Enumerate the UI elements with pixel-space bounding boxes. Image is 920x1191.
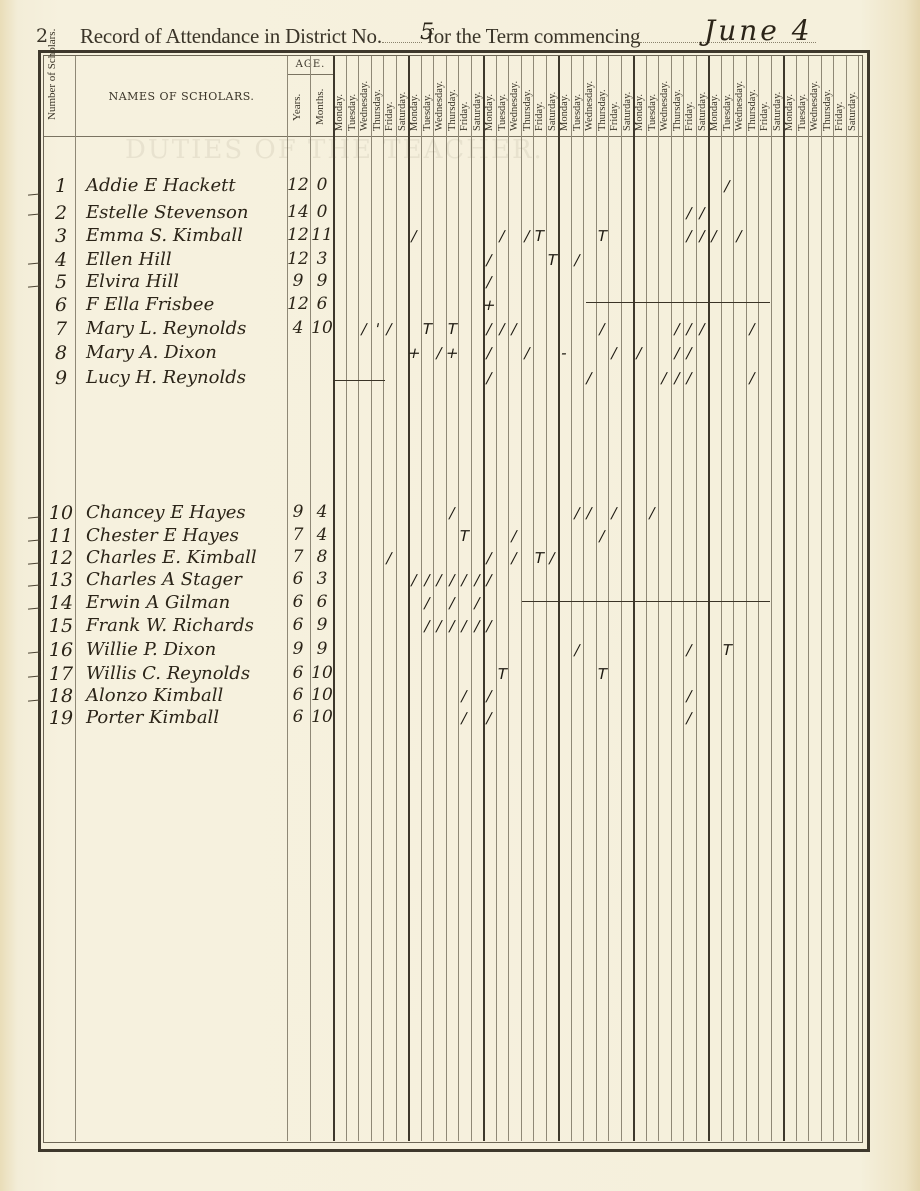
scholar-number: 12 [46, 547, 76, 569]
header-day-monday: Monday. [484, 94, 495, 131]
header-day-tuesday: Tuesday. [572, 94, 583, 131]
scholar-number: 1 [46, 175, 76, 197]
scholar-name: F Ella Frisbee [86, 294, 214, 315]
day-divider [496, 56, 497, 1141]
scholar-name: Willis C. Reynolds [86, 663, 250, 684]
day-divider [721, 56, 722, 1141]
attendance-mark: T [719, 643, 734, 658]
scholar-number: 10 [46, 502, 76, 524]
header-day-monday: Monday. [709, 94, 720, 131]
attendance-mark: / [594, 529, 609, 544]
attendance-mark: / [544, 551, 559, 566]
day-divider [571, 56, 572, 1141]
scholar-number: 3 [46, 225, 76, 247]
attendance-mark: / [744, 371, 759, 386]
age-years: 4 [286, 318, 310, 338]
age-years: 12 [286, 175, 310, 195]
attendance-mark: T [419, 322, 434, 337]
scholar-name: Chancey E Hayes [86, 502, 246, 523]
age-months: 6 [310, 294, 334, 314]
day-divider [383, 56, 384, 1141]
day-divider [646, 56, 647, 1141]
term-start-date: June 4 [704, 14, 813, 47]
attendance-mark: / [569, 643, 584, 658]
scholar-name: Erwin A Gilman [86, 592, 230, 613]
attendance-mark: + [406, 346, 421, 361]
age-years: 6 [286, 707, 310, 727]
header-day-monday: Monday. [334, 94, 345, 131]
day-divider [533, 56, 534, 1141]
age-years: 6 [286, 685, 310, 705]
title-prefix: Record of Attendance in District No. [80, 24, 382, 48]
age-months: 10 [310, 663, 334, 683]
header-day-tuesday: Tuesday. [647, 94, 658, 131]
strike-line [522, 601, 770, 602]
header-day-friday: Friday. [609, 102, 620, 131]
attendance-mark: T [594, 667, 609, 682]
header-day-tuesday: Tuesday. [347, 94, 358, 131]
age-months: 10 [310, 685, 334, 705]
age-months: 10 [310, 318, 334, 338]
attendance-mark: / [444, 506, 459, 521]
day-divider [846, 56, 847, 1141]
attendance-mark: T [544, 253, 559, 268]
scholar-number: 19 [46, 707, 76, 729]
age-months: 8 [310, 547, 334, 567]
attendance-mark: / [494, 229, 509, 244]
age-years: 12 [286, 249, 310, 269]
scholar-name: Porter Kimball [86, 707, 219, 728]
header-day-monday: Monday. [409, 94, 420, 131]
scholar-name: Emma S. Kimball [86, 225, 243, 246]
day-divider [371, 56, 372, 1141]
day-divider [821, 56, 822, 1141]
header-day-saturday: Saturday. [622, 92, 633, 131]
day-divider [508, 56, 509, 1141]
header-day-thursday: Thursday. [372, 89, 383, 131]
attendance-mark: + [444, 346, 459, 361]
header-names-of-scholars: NAMES OF SCHOLARS. [76, 90, 287, 103]
age-months: 9 [310, 639, 334, 659]
week-divider [633, 56, 635, 1141]
header-day-friday: Friday. [759, 102, 770, 131]
age-years: 9 [286, 271, 310, 291]
header-day-tuesday: Tuesday. [797, 94, 808, 131]
header-day-thursday: Thursday. [522, 89, 533, 131]
scholar-number: 6 [46, 294, 76, 316]
day-divider [396, 56, 397, 1141]
scholar-number: 13 [46, 569, 76, 591]
week-divider [558, 56, 560, 1141]
scholar-number: 9 [46, 367, 76, 389]
day-divider [346, 56, 347, 1141]
district-number: 5 [420, 20, 434, 45]
header-day-saturday: Saturday. [472, 92, 483, 131]
scholar-number: 14 [46, 592, 76, 614]
attendance-mark: T [444, 322, 459, 337]
attendance-mark: / [419, 596, 434, 611]
header-day-wednesday: Wednesday. [659, 81, 670, 131]
header-day-thursday: Thursday. [597, 89, 608, 131]
header-day-friday: Friday. [834, 102, 845, 131]
day-divider [746, 56, 747, 1141]
header-months: Months. [314, 89, 326, 125]
title-middle: for the Term commencing [427, 24, 640, 48]
header-day-saturday: Saturday. [697, 92, 708, 131]
age-years: 6 [286, 569, 310, 589]
day-divider [796, 56, 797, 1141]
attendance-mark: / [569, 253, 584, 268]
age-months: 10 [310, 707, 334, 727]
scholar-name: Ellen Hill [86, 249, 172, 270]
day-divider [733, 56, 734, 1141]
header-day-monday: Monday. [559, 94, 570, 131]
day-divider [758, 56, 759, 1141]
scholar-number: 18 [46, 685, 76, 707]
age-years: 6 [286, 615, 310, 635]
strike-line [333, 380, 385, 381]
header-day-tuesday: Tuesday. [722, 94, 733, 131]
header-day-thursday: Thursday. [822, 89, 833, 131]
scholar-name: Mary A. Dixon [86, 342, 217, 363]
header-day-wednesday: Wednesday. [434, 81, 445, 131]
day-divider [858, 56, 859, 1141]
age-months: 0 [310, 202, 334, 222]
scholar-number: 2 [46, 202, 76, 224]
header-day-saturday: Saturday. [772, 92, 783, 131]
attendance-mark: + [481, 298, 496, 313]
age-years: 9 [286, 639, 310, 659]
header-day-friday: Friday. [384, 102, 395, 131]
scholar-number: 15 [46, 615, 76, 637]
scholar-name: Alonzo Kimball [86, 685, 223, 706]
age-months: 9 [310, 271, 334, 291]
header-day-saturday: Saturday. [397, 92, 408, 131]
day-divider [671, 56, 672, 1141]
day-divider [521, 56, 522, 1141]
attendance-mark: / [519, 346, 534, 361]
day-divider [583, 56, 584, 1141]
attendance-mark: / [719, 179, 734, 194]
scholar-name: Charles E. Kimball [86, 547, 257, 568]
age-years: 7 [286, 547, 310, 567]
age-years: 12 [286, 294, 310, 314]
header-number-of-scholars: Number of Scholars. [46, 58, 58, 120]
scholar-name: Addie E Hackett [86, 175, 236, 196]
scholar-name: Willie P. Dixon [86, 639, 216, 660]
attendance-mark: T [594, 229, 609, 244]
attendance-mark: / [644, 506, 659, 521]
day-divider [658, 56, 659, 1141]
scholar-name: Mary L. Reynolds [86, 318, 246, 339]
age-months: 0 [310, 175, 334, 195]
scholar-number: 5 [46, 271, 76, 293]
day-divider [621, 56, 622, 1141]
header-years: Years. [291, 94, 303, 121]
header-day-wednesday: Wednesday. [584, 81, 595, 131]
header-day-friday: Friday. [459, 102, 470, 131]
header-day-friday: Friday. [534, 102, 545, 131]
scholar-number: 7 [46, 318, 76, 340]
scholar-name: Elvira Hill [86, 271, 179, 292]
age-years: 12 [286, 225, 310, 245]
scholar-number: 4 [46, 249, 76, 271]
strike-line [586, 302, 770, 303]
attendance-mark: T [494, 667, 509, 682]
age-months: 4 [310, 502, 334, 522]
header-day-monday: Monday. [784, 94, 795, 131]
day-divider [596, 56, 597, 1141]
bleed-through-text: DUTIES OF THE TEACHER. [125, 135, 544, 165]
header-day-thursday: Thursday. [447, 89, 458, 131]
week-divider [408, 56, 410, 1141]
age-months: 6 [310, 592, 334, 612]
day-divider [808, 56, 809, 1141]
attendance-mark: / [694, 322, 709, 337]
header-day-tuesday: Tuesday. [497, 94, 508, 131]
age-months: 9 [310, 615, 334, 635]
day-divider [546, 56, 547, 1141]
day-divider [608, 56, 609, 1141]
header-day-wednesday: Wednesday. [734, 81, 745, 131]
scholar-name: Chester E Hayes [86, 525, 239, 546]
header-day-saturday: Saturday. [547, 92, 558, 131]
age-months: 11 [310, 225, 334, 245]
age-months: 4 [310, 525, 334, 545]
district-dotted-line [382, 38, 422, 43]
attendance-mark: / [444, 596, 459, 611]
scholar-number: 17 [46, 663, 76, 685]
age-months: 3 [310, 569, 334, 589]
header-day-friday: Friday. [684, 102, 695, 131]
scholar-number: 16 [46, 639, 76, 661]
age-years: 14 [286, 202, 310, 222]
attendance-mark: / [469, 596, 484, 611]
header-day-monday: Monday. [634, 94, 645, 131]
scholar-name: Charles A Stager [86, 569, 242, 590]
attendance-mark: / [594, 322, 609, 337]
day-divider [771, 56, 772, 1141]
header-day-tuesday: Tuesday. [422, 94, 433, 131]
age-years: 9 [286, 502, 310, 522]
age-years: 6 [286, 663, 310, 683]
header-day-wednesday: Wednesday. [809, 81, 820, 131]
day-divider [358, 56, 359, 1141]
age-years: 7 [286, 525, 310, 545]
week-divider [783, 56, 785, 1141]
scholar-name: Frank W. Richards [86, 615, 254, 636]
header-day-wednesday: Wednesday. [359, 81, 370, 131]
scholar-name: Estelle Stevenson [86, 202, 248, 223]
attendance-mark: / [694, 206, 709, 221]
header-day-thursday: Thursday. [672, 89, 683, 131]
day-divider [833, 56, 834, 1141]
age-years: 6 [286, 592, 310, 612]
scholar-name: Lucy H. Reynolds [86, 367, 246, 388]
header-day-saturday: Saturday. [847, 92, 858, 131]
week-divider [708, 56, 710, 1141]
age-months: 3 [310, 249, 334, 269]
attendance-mark: / [744, 322, 759, 337]
scholar-number: 11 [46, 525, 76, 547]
scholar-number: 8 [46, 342, 76, 364]
header-day-thursday: Thursday. [747, 89, 758, 131]
header-day-wednesday: Wednesday. [509, 81, 520, 131]
